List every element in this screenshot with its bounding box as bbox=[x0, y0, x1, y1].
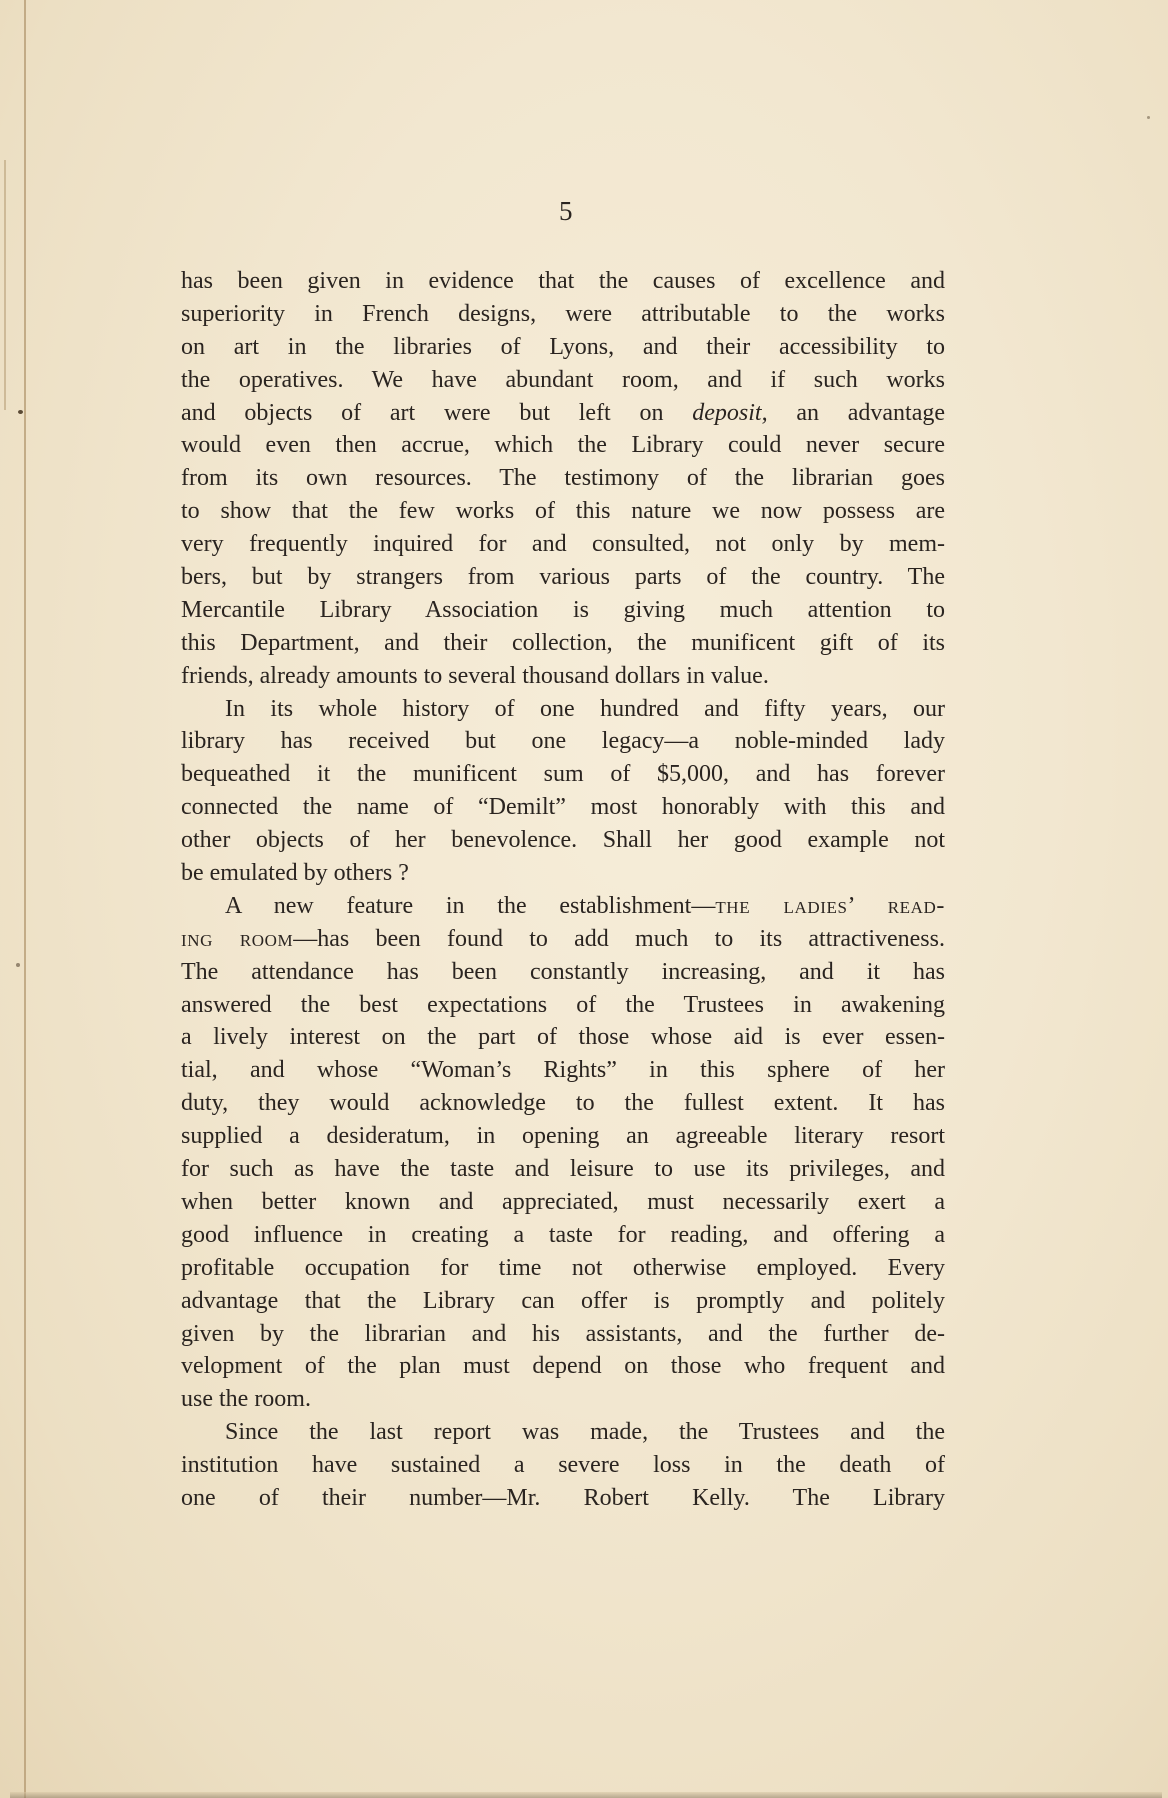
text-line: supplied a desideratum, in opening an ag… bbox=[181, 1120, 945, 1153]
text-line: the operatives. We have abundant room, a… bbox=[181, 364, 945, 397]
small-caps-text: ing room bbox=[181, 926, 293, 952]
text-line: A new feature in the establishment—the l… bbox=[181, 890, 945, 923]
paper-blemish bbox=[18, 410, 23, 414]
text-line: friends, already amounts to several thou… bbox=[181, 660, 945, 693]
text-line: and objects of art were but left on depo… bbox=[181, 397, 945, 430]
text-line: library has received but one legacy—a no… bbox=[181, 725, 945, 758]
text-line: superiority in French designs, were attr… bbox=[181, 298, 945, 331]
text-line: velopment of the plan must depend on tho… bbox=[181, 1350, 945, 1383]
text-line: The attendance has been constantly incre… bbox=[181, 956, 945, 989]
text-line: good influence in creating a taste for r… bbox=[181, 1219, 945, 1252]
text-line: from its own resources. The testimony of… bbox=[181, 462, 945, 495]
scanned-page: 5 has been given in evidence that the ca… bbox=[0, 0, 1168, 1798]
text-line: given by the librarian and his assistant… bbox=[181, 1318, 945, 1351]
text-line: would even then accrue, which the Librar… bbox=[181, 429, 945, 462]
text-line: In its whole history of one hundred and … bbox=[181, 693, 945, 726]
text-line: Since the last report was made, the Trus… bbox=[181, 1416, 945, 1449]
text-line: answered the best expectations of the Tr… bbox=[181, 989, 945, 1022]
text-run: A new feature in the establishment— bbox=[225, 893, 715, 919]
text-line: duty, they would acknowledge to the full… bbox=[181, 1087, 945, 1120]
text-line: profitable occupation for time not other… bbox=[181, 1252, 945, 1285]
text-line: this Department, and their collection, t… bbox=[181, 627, 945, 660]
text-line: bers, but by strangers from various part… bbox=[181, 561, 945, 594]
italic-text: deposit, bbox=[692, 400, 767, 426]
paper-blemish bbox=[1147, 116, 1150, 119]
text-line: tial, and whose “Woman’s Rights” in this… bbox=[181, 1054, 945, 1087]
text-line: to show that the few works of this natur… bbox=[181, 495, 945, 528]
text-line: be emulated by others ? bbox=[181, 857, 945, 890]
page-bottom-edge bbox=[10, 1792, 1162, 1798]
text-line: institution have sustained a severe loss… bbox=[181, 1449, 945, 1482]
text-line: for such as have the taste and leisure t… bbox=[181, 1153, 945, 1186]
binding-stitch-line bbox=[24, 0, 26, 1798]
text-line: one of their number—Mr. Robert Kelly. Th… bbox=[181, 1482, 945, 1515]
text-line: Mercantile Library Association is giving… bbox=[181, 594, 945, 627]
paper-blemish bbox=[16, 963, 20, 967]
text-line: connected the name of “Demilt” most hono… bbox=[181, 791, 945, 824]
text-line: when better known and appreciated, must … bbox=[181, 1186, 945, 1219]
text-line: a lively interest on the part of those w… bbox=[181, 1021, 945, 1054]
text-line: very frequently inquired for and consult… bbox=[181, 528, 945, 561]
small-caps-text: the ladies’ read- bbox=[715, 893, 945, 919]
text-line: has been given in evidence that the caus… bbox=[181, 265, 945, 298]
text-line: bequeathed it the munificent sum of $5,0… bbox=[181, 758, 945, 791]
text-line: advantage that the Library can offer is … bbox=[181, 1285, 945, 1318]
page-number: 5 bbox=[0, 196, 1132, 226]
text-line: other objects of her benevolence. Shall … bbox=[181, 824, 945, 857]
text-run: an advantage bbox=[768, 400, 945, 426]
text-line: on art in the libraries of Lyons, and th… bbox=[181, 331, 945, 364]
text-line: ing room—has been found to add much to i… bbox=[181, 923, 945, 956]
text-run: and objects of art were but left on bbox=[181, 400, 692, 426]
body-text: has been given in evidence that the caus… bbox=[181, 265, 945, 1515]
text-run: —has been found to add much to its attra… bbox=[293, 926, 945, 952]
text-line: use the room. bbox=[181, 1383, 945, 1416]
